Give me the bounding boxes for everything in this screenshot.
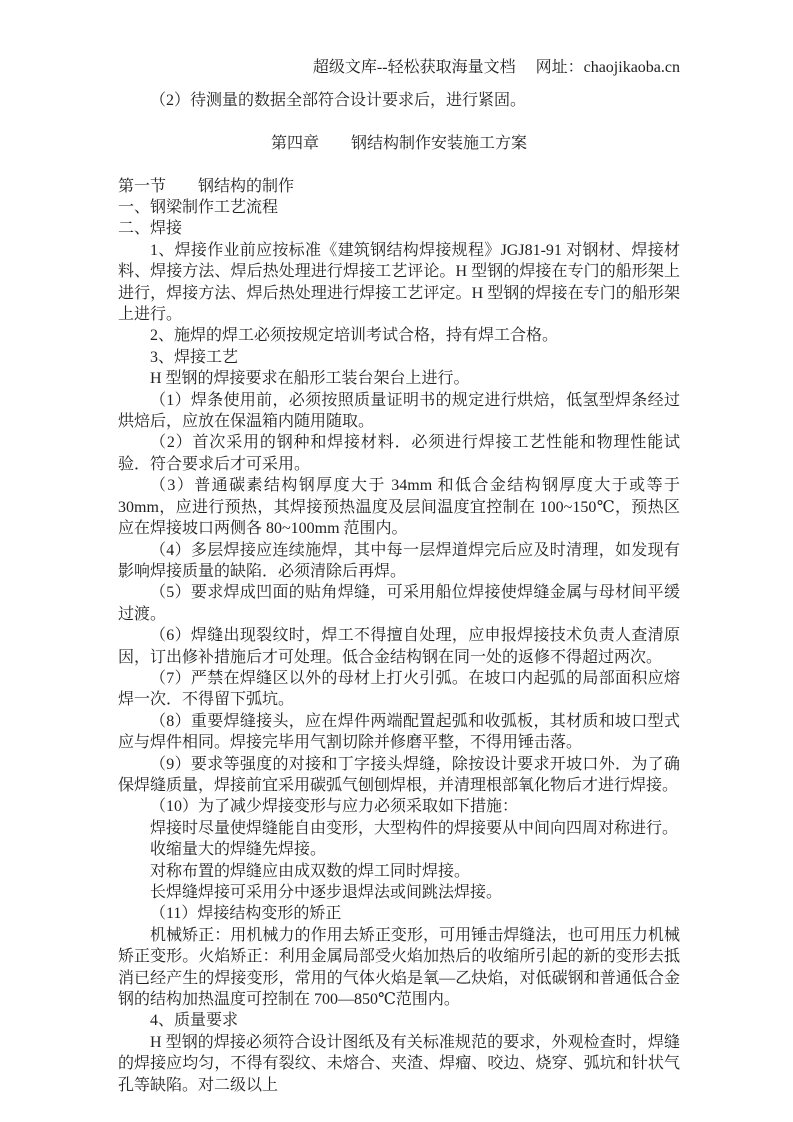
para-item-9-equal-strength: （9）要求等强度的对接和丁字接头焊缝，除按设计要求开坡口外．为了确保焊缝质量，焊… [118, 754, 680, 797]
document-page: 超级文库--轻松获取海量文档网址：chaojikaoba.cn （2）待测量的数… [0, 0, 793, 1122]
para-item-5-fillet-weld: （5）要求焊成凹面的贴角焊缝，可采用船位焊接使焊缝金属与母材间平缓过渡。 [118, 582, 680, 625]
section-heading: 第一节 钢结构的制作 [118, 176, 680, 197]
para-fastening: （2）待测量的数据全部符合设计要求后，进行紧固。 [118, 90, 680, 111]
para-item-7-arc-strike: （7）严禁在焊缝区以外的母材上打火引弧。在坡口内起弧的局部面积应熔焊一次．不得留… [118, 668, 680, 711]
para-welder-qualification: 2、施焊的焊工必须按规定培训考试合格，持有焊工合格。 [118, 325, 680, 346]
page-header: 超级文库--轻松获取海量文档网址：chaojikaoba.cn [118, 58, 680, 78]
para-measure-long-weld: 长焊缝焊接可采用分中逐步退焊法或间跳法焊接。 [118, 882, 680, 903]
para-correction-methods: 机械矫正：用机械力的作用去矫正变形，可用锤击焊缝法，也可用压力机械矫正变形。火焰… [118, 925, 680, 1011]
para-welding-standard: 1、焊接作业前应按标准《建筑钢结构焊接规程》JGJ81-91 对钢材、焊接材料、… [118, 240, 680, 326]
para-welding-heading: 二、焊接 [118, 218, 680, 239]
para-process-flow-heading: 一、钢梁制作工艺流程 [118, 197, 680, 218]
document-body: （2）待测量的数据全部符合设计要求后，进行紧固。 第四章 钢结构制作安装施工方案… [118, 90, 680, 1096]
header-site-url: 网址：chaojikaoba.cn [536, 59, 680, 76]
para-item-10-deformation-measures: （10）为了减少焊接变形与应力必须采取如下措施： [118, 796, 680, 817]
para-welding-process-heading: 3、焊接工艺 [118, 347, 680, 368]
para-item-6-crack-handling: （6）焊缝出现裂纹时，焊工不得擅自处理，应申报焊接技术负责人查清原因，订出修补措… [118, 625, 680, 668]
para-item-3-preheat: （3）普通碳素结构钢厚度大于 34mm 和低合金结构钢厚度大于或等于 30mm，… [118, 475, 680, 539]
para-measure-symmetric: 对称布置的焊缝应由成双数的焊工同时焊接。 [118, 861, 680, 882]
para-h-steel-requirement: H 型钢的焊接要求在船形工装台架台上进行。 [118, 368, 680, 389]
para-quality-heading: 4、质量要求 [118, 1010, 680, 1031]
para-item-4-multilayer: （4）多层焊接应连续施焊，其中每一层焊道焊完后应及时清理，如发现有影响焊接质量的… [118, 540, 680, 583]
para-item-2-material-test: （2）首次采用的钢种和焊接材料．必须进行焊接工艺性能和物理性能试验．符合要求后才… [118, 432, 680, 475]
chapter-heading: 第四章 钢结构制作安装施工方案 [118, 133, 680, 154]
para-quality-requirement: H 型钢的焊接必须符合设计图纸及有关标准规范的要求，外观检查时，焊缝的焊接应均匀… [118, 1032, 680, 1096]
header-site-name: 超级文库--轻松获取海量文档 [313, 59, 516, 76]
para-item-8-weld-joint: （8）重要焊缝接头，应在焊件两端配置起弧和收弧板，其材质和坡口型式应与焊件相同。… [118, 711, 680, 754]
para-item-1-electrode: （1）焊条使用前，必须按照质量证明书的规定进行烘焙，低氢型焊条经过烘焙后，应放在… [118, 390, 680, 433]
para-measure-shrinkage: 收缩量大的焊缝先焊接。 [118, 839, 680, 860]
para-measure-free-deformation: 焊接时尽量使焊缝能自由变形，大型构件的焊接要从中间向四周对称进行。 [118, 818, 680, 839]
para-item-11-correction-heading: （11）焊接结构变形的矫正 [118, 903, 680, 924]
